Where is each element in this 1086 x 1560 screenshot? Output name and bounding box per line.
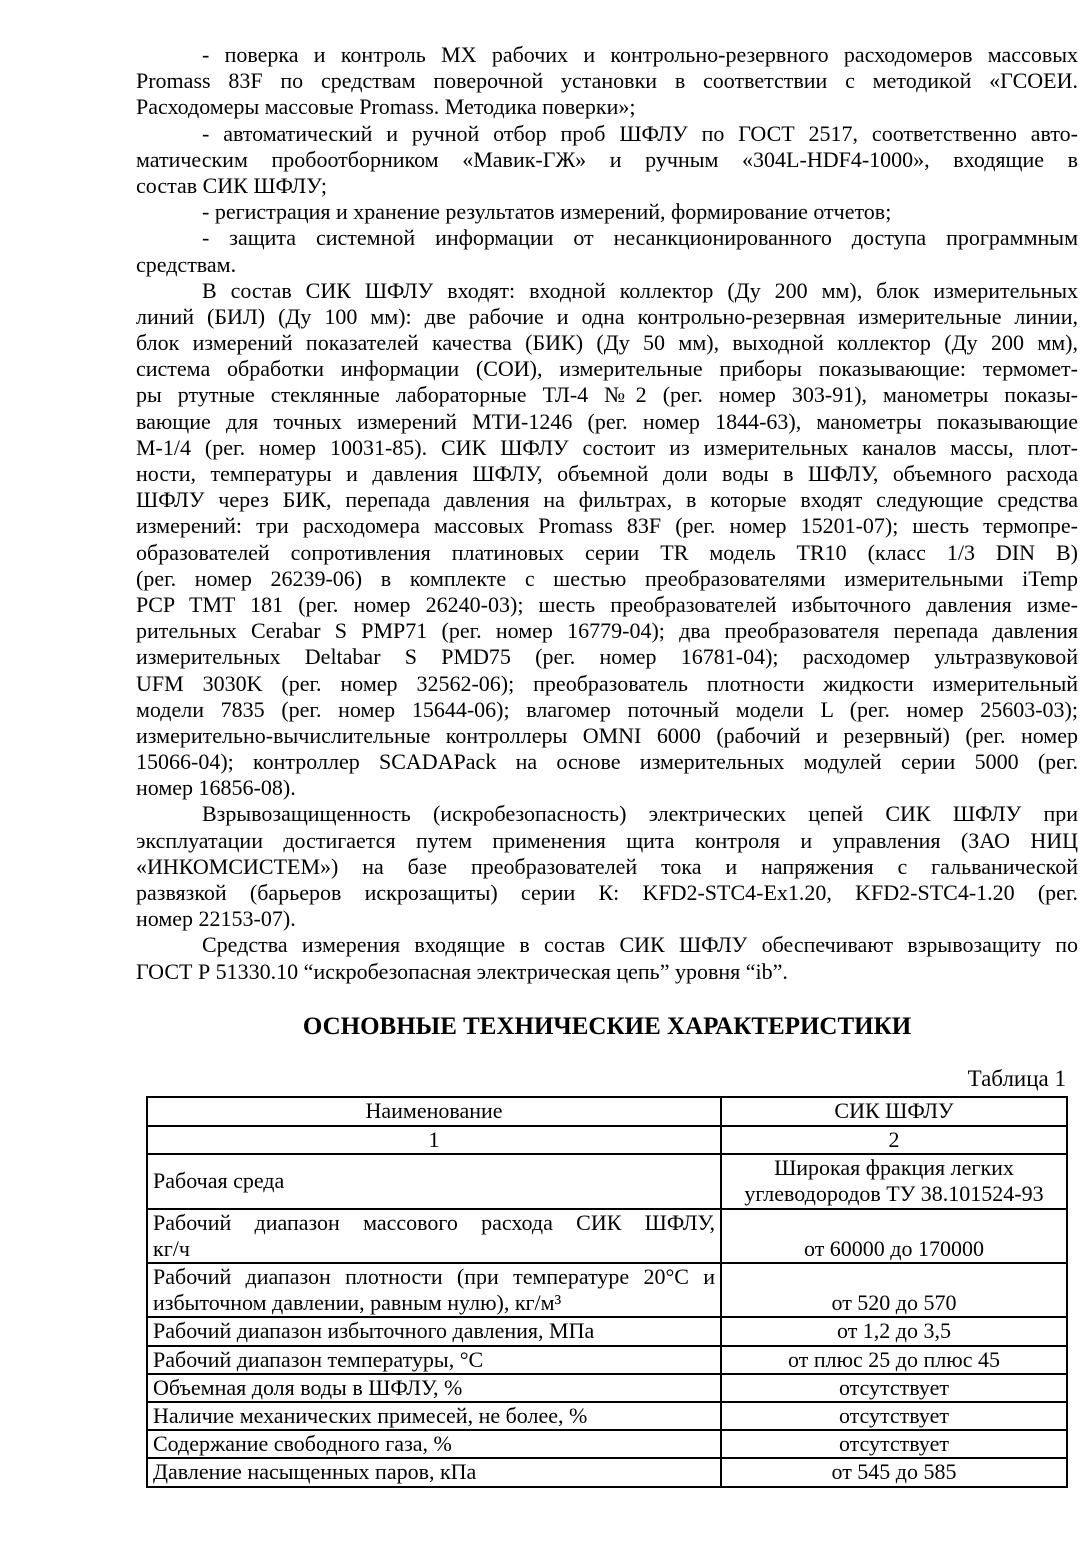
parameter-name-line: Рабочий диапазон плотности (при температ… — [153, 1264, 715, 1290]
text-line: модели 7835 (рег. номер 15644-06); влаго… — [136, 697, 1078, 723]
parameter-name-line: избыточном давлении, равным нулю), кг/м³ — [153, 1290, 715, 1316]
text-line: «ИНКОМСИСТЕМ») на базе преобразователей … — [136, 854, 1078, 880]
table-row: Рабочий диапазон температуры, °Сот плюс … — [147, 1346, 1067, 1374]
column-number-row: 12 — [147, 1126, 1067, 1154]
column-header-name: Наименование — [147, 1097, 721, 1126]
text-line: - регистрация и хранение результатов изм… — [136, 199, 1078, 225]
parameter-name-cell: Наличие механических примесей, не более,… — [147, 1402, 721, 1430]
parameter-value-cell: отсутствует — [721, 1374, 1067, 1402]
text-line: М-1/4 (рег. номер 10031-85). СИК ШФЛУ со… — [136, 435, 1078, 461]
paragraph: Средства измерения входящие в состав СИК… — [136, 932, 1078, 984]
text-line: Взрывозащищенность (искробезопасность) э… — [136, 801, 1078, 827]
paragraph: - автоматический и ручной отбор проб ШФЛ… — [136, 121, 1078, 200]
parameter-name-cell: Объемная доля воды в ШФЛУ, % — [147, 1374, 721, 1402]
parameter-value-cell: от 545 до 585 — [721, 1458, 1067, 1486]
table-row: Наличие механических примесей, не более,… — [147, 1402, 1067, 1430]
text-line: матическим пробоотборником «Мавик-ГЖ» и … — [136, 147, 1078, 173]
text-line: вающие для точных измерений МТИ-1246 (ре… — [136, 409, 1078, 435]
text-line: система обработки информации (СОИ), изме… — [136, 356, 1078, 382]
column-header-value: СИК ШФЛУ — [721, 1097, 1067, 1126]
parameter-name-line: Наличие механических примесей, не более,… — [153, 1403, 715, 1429]
parameter-value-cell: отсутствует — [721, 1430, 1067, 1458]
table-header-row: НаименованиеСИК ШФЛУ — [147, 1097, 1067, 1126]
parameter-name-line: Объемная доля воды в ШФЛУ, % — [153, 1375, 715, 1401]
parameter-name-cell: Рабочий диапазон массового расхода СИК Ш… — [147, 1209, 721, 1263]
text-line: номер 16856-08). — [136, 775, 1078, 801]
text-line: Расходомеры массовые Promass. Методика п… — [136, 94, 1078, 120]
text-line: измерений: три расходомера массовых Prom… — [136, 513, 1078, 539]
column-number-cell: 2 — [721, 1126, 1067, 1154]
parameter-value-cell: Широкая фракция легкихуглеводородов ТУ 3… — [721, 1154, 1067, 1208]
text-line: рительных Cerabar S PMP71 (рег. номер 16… — [136, 618, 1078, 644]
text-line: UFM 3030K (рег. номер 32562-06); преобра… — [136, 671, 1078, 697]
paragraph: - защита системной информации от несанкц… — [136, 225, 1078, 277]
parameter-value-line: углеводородов ТУ 38.101524-93 — [727, 1181, 1061, 1207]
parameter-value-line: Широкая фракция легких — [727, 1155, 1061, 1181]
parameter-value-line: от 60000 до 170000 — [727, 1236, 1061, 1262]
table-row: Содержание свободного газа, %отсутствует — [147, 1430, 1067, 1458]
parameter-name-cell: Содержание свободного газа, % — [147, 1430, 721, 1458]
parameter-name-cell: Рабочий диапазон температуры, °С — [147, 1346, 721, 1374]
text-line: - автоматический и ручной отбор проб ШФЛ… — [136, 121, 1078, 147]
document-page: - поверка и контроль МХ рабочих и контро… — [0, 0, 1086, 1560]
table-row: Давление насыщенных паров, кПаот 545 до … — [147, 1458, 1067, 1486]
parameter-name-line: Рабочий диапазон избыточного давления, М… — [153, 1318, 715, 1344]
table-row: Рабочий диапазон избыточного давления, М… — [147, 1317, 1067, 1345]
parameter-value-line: отсутствует — [727, 1403, 1061, 1429]
parameter-name-cell: Рабочая среда — [147, 1154, 721, 1208]
parameter-value-line: отсутствует — [727, 1431, 1061, 1457]
table-row: Рабочий диапазон плотности (при температ… — [147, 1263, 1067, 1317]
parameter-name-cell: Рабочий диапазон избыточного давления, М… — [147, 1317, 721, 1345]
text-line: номер 22153-07). — [136, 906, 1078, 932]
text-line: PCP TMT 181 (рег. номер 26240-03); шесть… — [136, 592, 1078, 618]
parameter-value-line: от плюс 25 до плюс 45 — [727, 1347, 1061, 1373]
parameter-name-cell: Давление насыщенных паров, кПа — [147, 1458, 721, 1486]
table-row: Рабочая средаШирокая фракция легкихуглев… — [147, 1154, 1067, 1208]
text-line: состав СИК ШФЛУ; — [136, 173, 1078, 199]
text-line: измерительно-вычислительные контроллеры … — [136, 723, 1078, 749]
parameter-name-line: Рабочий диапазон массового расхода СИК Ш… — [153, 1210, 715, 1236]
parameter-name-line: Давление насыщенных паров, кПа — [153, 1459, 715, 1485]
text-line: ГОСТ Р 51330.10 “искробезопасная электри… — [136, 959, 1078, 985]
table-row: Рабочий диапазон массового расхода СИК Ш… — [147, 1209, 1067, 1263]
section-heading: ОСНОВНЫЕ ТЕХНИЧЕСКИЕ ХАРАКТЕРИСТИКИ — [136, 1012, 1078, 1042]
parameter-value-cell: от плюс 25 до плюс 45 — [721, 1346, 1067, 1374]
text-line: блок измерений показателей качества (БИК… — [136, 330, 1078, 356]
parameter-value-cell: отсутствует — [721, 1402, 1067, 1430]
text-line: линий (БИЛ) (Ду 100 мм): две рабочие и о… — [136, 304, 1078, 330]
parameter-value-line: от 1,2 до 3,5 — [727, 1318, 1061, 1344]
text-line: Promass 83F по средствам поверочной уста… — [136, 68, 1078, 94]
parameter-value-line: отсутствует — [727, 1375, 1061, 1401]
text-line: (рег. номер 26239-06) в комплекте с шест… — [136, 566, 1078, 592]
parameter-name-line: Рабочий диапазон температуры, °С — [153, 1347, 715, 1373]
text-line: - защита системной информации от несанкц… — [136, 225, 1078, 251]
body-text: - поверка и контроль МХ рабочих и контро… — [136, 42, 1078, 985]
text-line: образователей сопротивления платиновых с… — [136, 540, 1078, 566]
text-line: средствам. — [136, 252, 1078, 278]
text-line: 15066-04); контроллер SCADAPack на основ… — [136, 749, 1078, 775]
parameter-name-line: Содержание свободного газа, % — [153, 1431, 715, 1457]
text-line: ности, температуры и давления ШФЛУ, объе… — [136, 461, 1078, 487]
table-row: Объемная доля воды в ШФЛУ, %отсутствует — [147, 1374, 1067, 1402]
paragraph: - регистрация и хранение результатов изм… — [136, 199, 1078, 225]
parameter-value-line: от 520 до 570 — [727, 1290, 1061, 1316]
paragraph: Взрывозащищенность (искробезопасность) э… — [136, 801, 1078, 932]
text-line: измерительных Deltabar S PMD75 (рег. ном… — [136, 644, 1078, 670]
parameter-value-cell: от 520 до 570 — [721, 1263, 1067, 1317]
parameter-value-line: от 545 до 585 — [727, 1459, 1061, 1485]
text-line: - поверка и контроль МХ рабочих и контро… — [136, 42, 1078, 68]
parameter-value-cell: от 1,2 до 3,5 — [721, 1317, 1067, 1345]
text-line: В состав СИК ШФЛУ входят: входной коллек… — [136, 278, 1078, 304]
parameter-name-cell: Рабочий диапазон плотности (при температ… — [147, 1263, 721, 1317]
paragraph: - поверка и контроль МХ рабочих и контро… — [136, 42, 1078, 121]
table-label: Таблица 1 — [146, 1066, 1066, 1092]
parameter-name-line: кг/ч — [153, 1236, 715, 1262]
text-line: развязкой (барьеров искрозащиты) серии К… — [136, 880, 1078, 906]
characteristics-table: НаименованиеСИК ШФЛУ12Рабочая средаШирок… — [146, 1096, 1068, 1488]
text-line: ры ртутные стеклянные лабораторные ТЛ-4 … — [136, 382, 1078, 408]
characteristics-table-body: НаименованиеСИК ШФЛУ12Рабочая средаШирок… — [147, 1097, 1067, 1487]
column-number-cell: 1 — [147, 1126, 721, 1154]
parameter-name-line: Рабочая среда — [153, 1168, 715, 1194]
parameter-value-cell: от 60000 до 170000 — [721, 1209, 1067, 1263]
text-line: Средства измерения входящие в состав СИК… — [136, 932, 1078, 958]
text-line: ШФЛУ через БИК, перепада давления на фил… — [136, 487, 1078, 513]
paragraph: В состав СИК ШФЛУ входят: входной коллек… — [136, 278, 1078, 802]
text-line: эксплуатации достигается путем применени… — [136, 828, 1078, 854]
